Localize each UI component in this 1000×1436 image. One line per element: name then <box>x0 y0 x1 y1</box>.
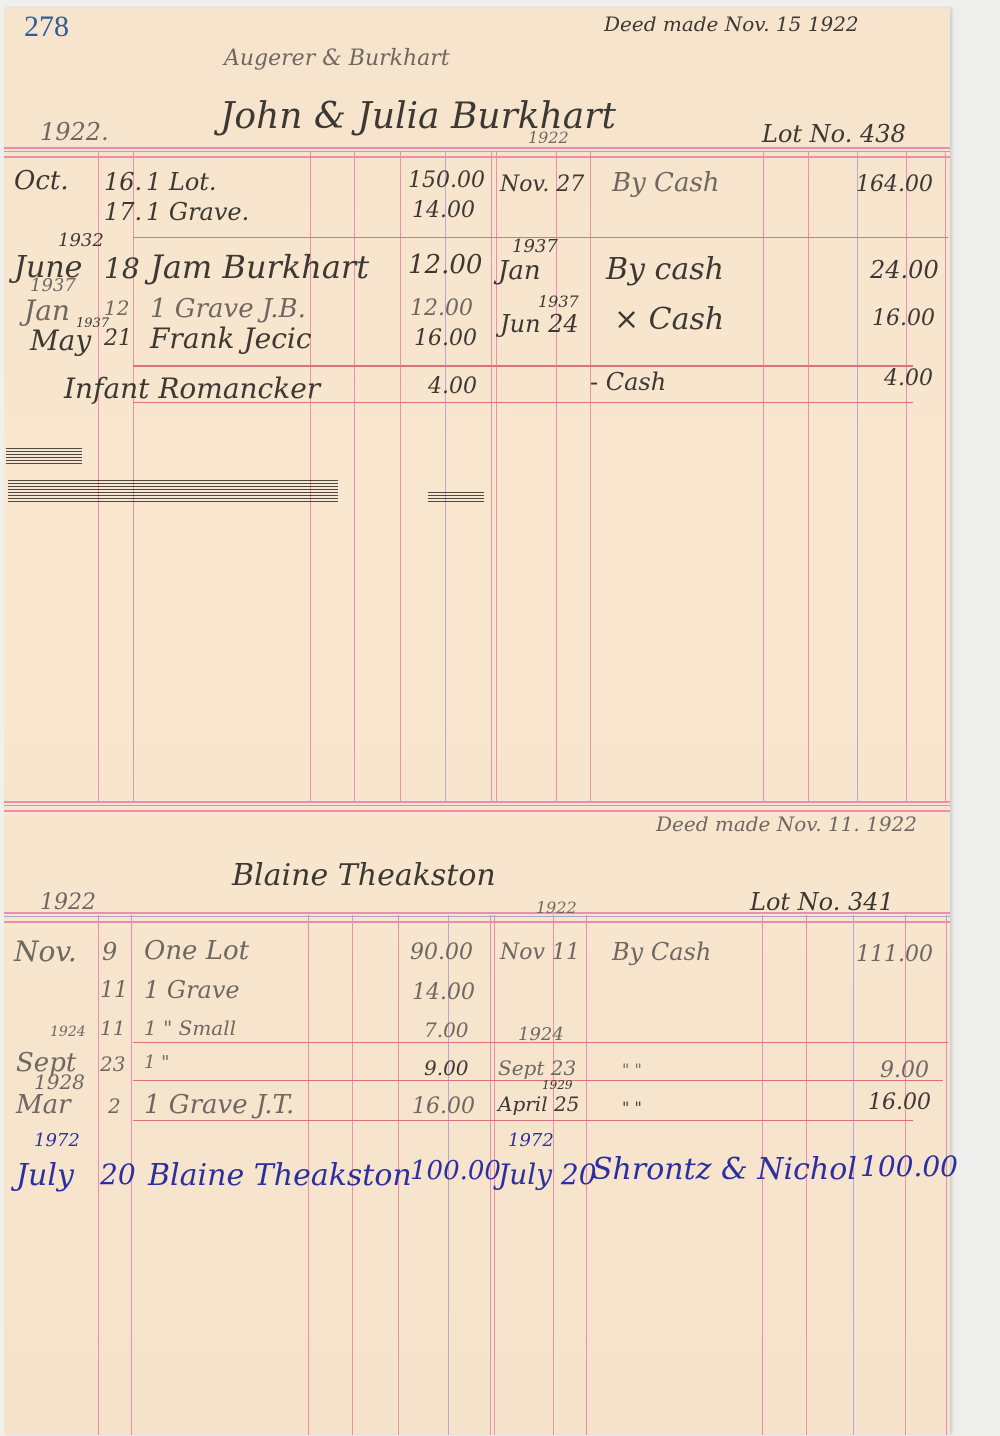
account2-heading-name: Blaine Theakston <box>232 858 496 893</box>
credit-year: 1924 <box>518 1024 564 1045</box>
credit-desc: " " <box>622 1098 642 1117</box>
credit-amount: 16.00 <box>872 306 935 331</box>
debit-desc: 1 Lot. <box>146 168 217 196</box>
debit-amount: 12.00 <box>410 296 473 321</box>
debit-day: 16. <box>104 168 142 196</box>
debit-amount: 16.00 <box>414 326 477 351</box>
debit-day: 9 <box>102 938 117 966</box>
debit-day: 18 <box>104 252 140 285</box>
scan-margin <box>950 0 1000 1436</box>
credit-date: July 20 <box>498 1158 597 1191</box>
deed-note-1: Deed made Nov. 15 1922 <box>604 12 859 36</box>
debit-amount: 16.00 <box>412 1094 475 1119</box>
struck-out-amount <box>428 492 484 502</box>
deed-note-2: Deed made Nov. 11. 1922 <box>656 812 917 836</box>
credit-amount: 24.00 <box>870 256 939 284</box>
debit-desc: Frank Jecic <box>150 322 312 355</box>
credit-date: Jan <box>498 256 541 286</box>
account2-credit-year: 1922 <box>536 898 577 917</box>
debit-month: Nov. <box>14 935 77 968</box>
debit-desc: 1 " Small <box>144 1016 236 1040</box>
debit-amount: 14.00 <box>412 980 475 1005</box>
debit-desc: 1 " <box>144 1052 169 1073</box>
debit-desc: One Lot <box>144 936 249 966</box>
debit-amount: 7.00 <box>424 1018 469 1042</box>
debit-amount: 14.00 <box>412 198 475 223</box>
credit-date: Jun 24 <box>500 310 579 338</box>
credit-year: 1937 <box>512 236 558 257</box>
debit-desc: Jam Burkhart <box>150 248 369 286</box>
account1-lot-number: Lot No. 438 <box>762 120 906 148</box>
debit-desc: Infant Romancker <box>64 372 320 405</box>
credit-date: Sept 23 <box>498 1056 576 1080</box>
debit-year: 1937 <box>30 275 76 296</box>
debit-month: Jan <box>24 294 70 327</box>
debit-day: 2 <box>108 1094 121 1118</box>
struck-out-entry <box>6 448 82 466</box>
account2-debit-year: 1922 <box>40 890 96 915</box>
credit-desc: By cash <box>606 252 724 287</box>
debit-day: 11 <box>100 1016 125 1040</box>
debit-desc: 1 Grave J.B. <box>150 294 306 324</box>
debit-amount: 12.00 <box>408 250 482 280</box>
debit-month: July <box>16 1158 74 1193</box>
account1-debit-year: 1922. <box>40 118 109 146</box>
debit-desc: 1 Grave. <box>146 198 249 226</box>
credit-desc: Shrontz & Nichol <box>592 1152 857 1187</box>
debit-amount: 100.00 <box>410 1156 501 1186</box>
account2-lot-number: Lot No. 341 <box>750 888 894 916</box>
account1-heading-top: Augerer & Burkhart <box>224 46 450 71</box>
credit-year: 1972 <box>508 1130 554 1151</box>
credit-amount: 16.00 <box>868 1090 931 1115</box>
debit-month: May <box>30 324 91 357</box>
debit-amount: 9.00 <box>424 1056 469 1080</box>
debit-desc: Blaine Theakston <box>148 1158 412 1193</box>
credit-amount: 4.00 <box>884 366 933 391</box>
credit-desc: By Cash <box>612 168 720 198</box>
credit-desc: By Cash <box>612 938 711 966</box>
debit-desc: 1 Grave J.T. <box>144 1090 294 1120</box>
debit-day: 23 <box>100 1052 125 1076</box>
credit-desc: × Cash <box>614 302 724 337</box>
debit-year: 1924 <box>50 1024 86 1040</box>
debit-desc: 1 Grave <box>144 976 240 1004</box>
debit-amount: 4.00 <box>428 374 477 399</box>
debit-day: 11 <box>100 978 128 1003</box>
debit-month: Oct. <box>14 166 69 196</box>
credit-amount: 9.00 <box>880 1058 929 1083</box>
credit-date: April 25 <box>498 1092 579 1116</box>
debit-amount: 150.00 <box>408 168 485 193</box>
account1-credit-year: 1922 <box>528 128 569 147</box>
debit-amount: 90.00 <box>410 940 473 965</box>
page-number: 278 <box>24 10 69 44</box>
credit-date: Nov 11 <box>500 940 580 965</box>
credit-year: 1929 <box>542 1078 573 1092</box>
struck-out-entry <box>8 480 338 504</box>
credit-amount: 164.00 <box>856 172 933 197</box>
debit-day: 17. <box>104 198 142 226</box>
credit-year: 1937 <box>538 292 579 311</box>
credit-amount: 111.00 <box>856 942 933 967</box>
credit-date: Nov. 27 <box>500 172 584 197</box>
credit-desc: - Cash <box>590 368 666 396</box>
credit-desc: " " <box>622 1060 642 1079</box>
debit-day: 21 <box>104 326 132 351</box>
debit-day: 20 <box>100 1158 136 1191</box>
debit-year: 1972 <box>34 1130 80 1151</box>
debit-year: 1932 <box>58 230 104 251</box>
debit-month: Mar <box>16 1090 71 1120</box>
credit-amount: 100.00 <box>860 1150 958 1183</box>
